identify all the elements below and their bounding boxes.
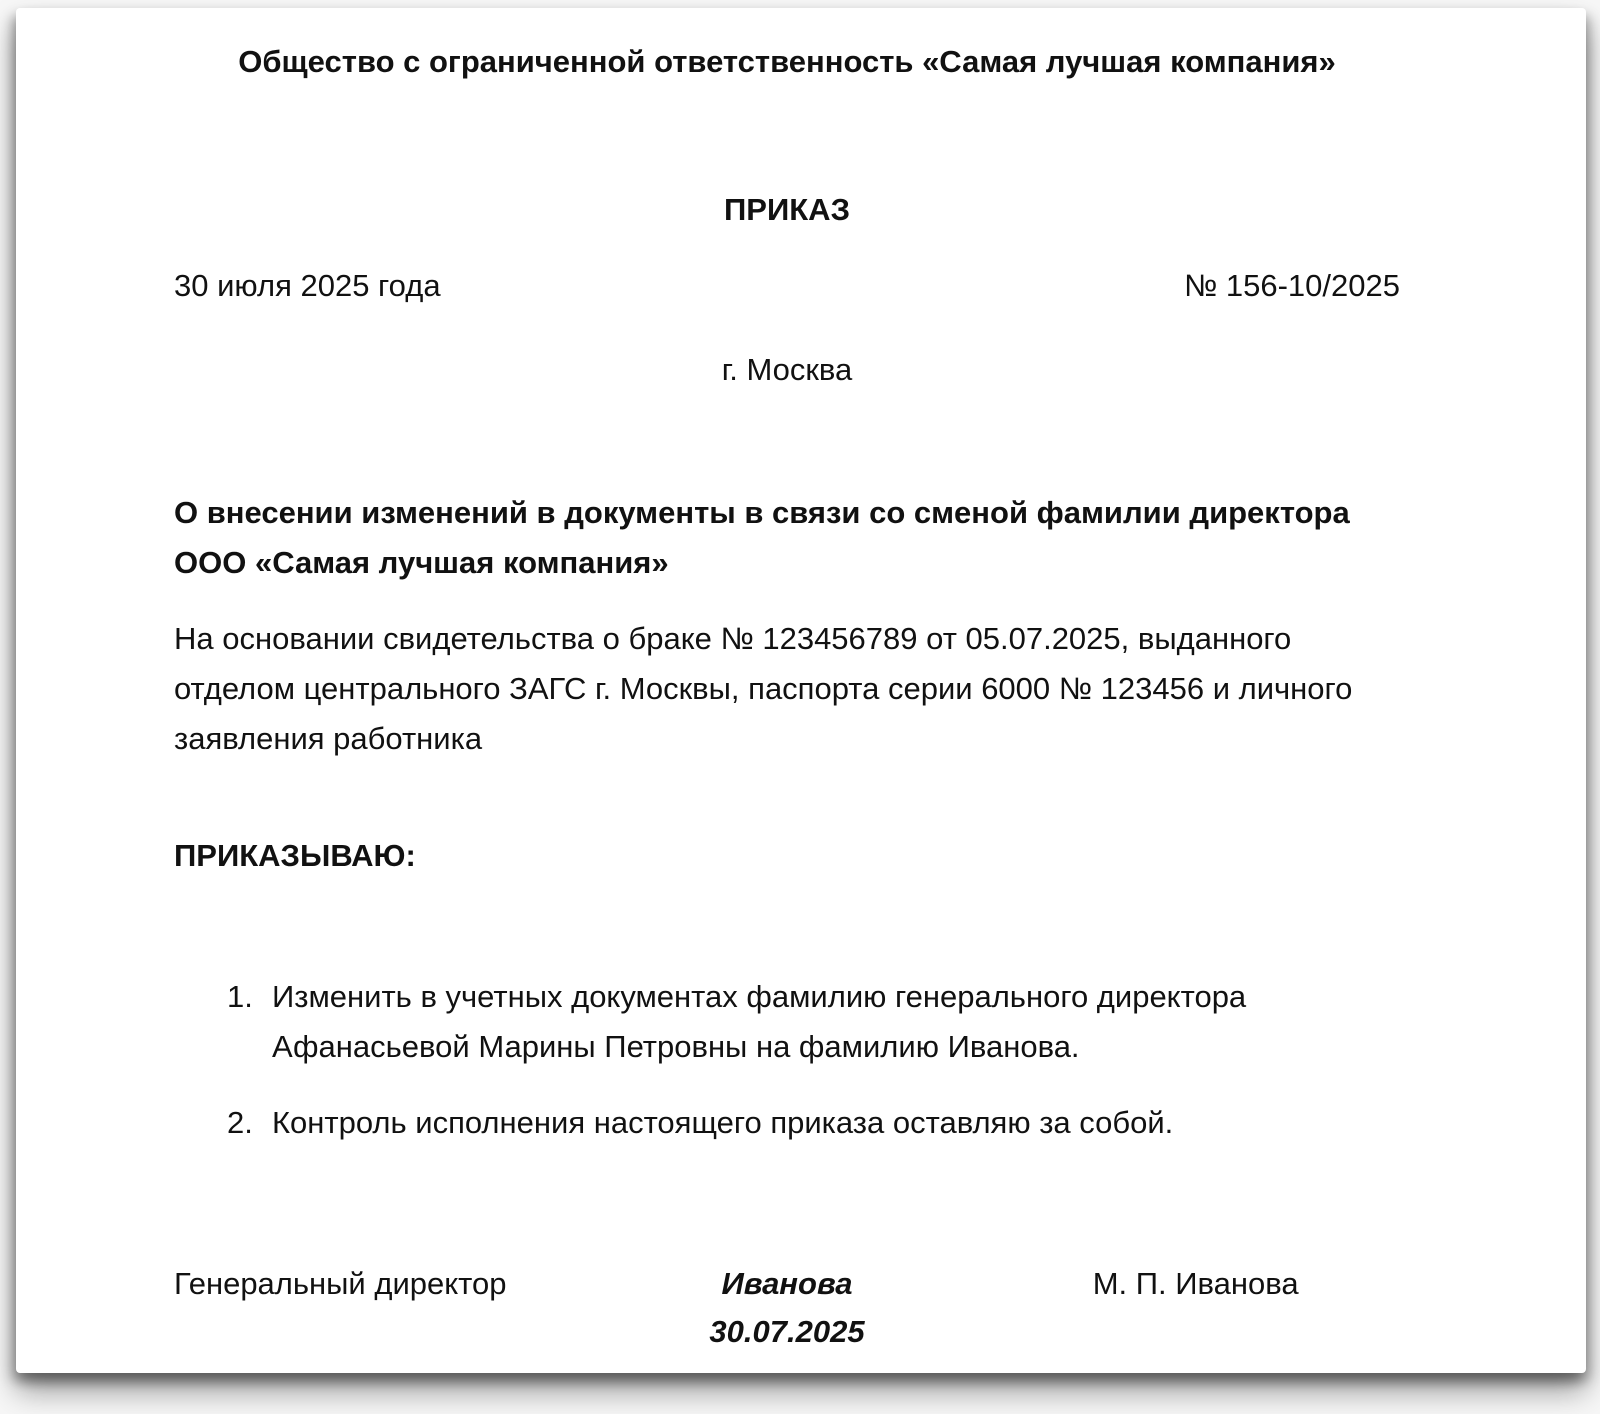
document-meta-row: 30 июля 2025 года № 156-10/2025 [174,266,1400,306]
document-date: 30 июля 2025 года [174,266,441,306]
document-subject: О внесении изменений в документы в связи… [174,488,1400,588]
document-page: Общество с ограниченной ответственность … [16,8,1586,1373]
company-name-heading: Общество с ограниченной ответственность … [174,42,1400,82]
order-item: 1. Изменить в учетных документах фамилию… [174,972,1400,1072]
document-type-title: ПРИКАЗ [174,190,1400,230]
signature-date: 30.07.2025 [583,1312,992,1352]
document-basis-paragraph: На основании свидетельства о браке № 123… [174,614,1400,764]
signer-position: Генеральный директор [174,1264,583,1304]
order-item-number: 2. [227,1098,272,1148]
order-item-number: 1. [227,972,272,1072]
order-items-list: 1. Изменить в учетных документах фамилию… [174,972,1400,1148]
order-item-text: Изменить в учетных документах фамилию ге… [272,972,1400,1072]
signature-block: Генеральный директор Иванова М. П. Ивано… [174,1264,1400,1352]
document-content: Общество с ограниченной ответственность … [174,42,1400,1352]
signature-handwritten-name: Иванова [583,1264,992,1304]
screenshot-canvas: Общество с ограниченной ответственность … [0,0,1600,1414]
document-number: № 156-10/2025 [1184,266,1400,306]
order-item: 2. Контроль исполнения настоящего приказ… [174,1098,1400,1148]
signer-full-name: М. П. Иванова [991,1264,1400,1304]
resolution-word: ПРИКАЗЫВАЮ: [174,836,1400,876]
document-city: г. Москва [174,350,1400,390]
order-item-text: Контроль исполнения настоящего приказа о… [272,1098,1400,1148]
